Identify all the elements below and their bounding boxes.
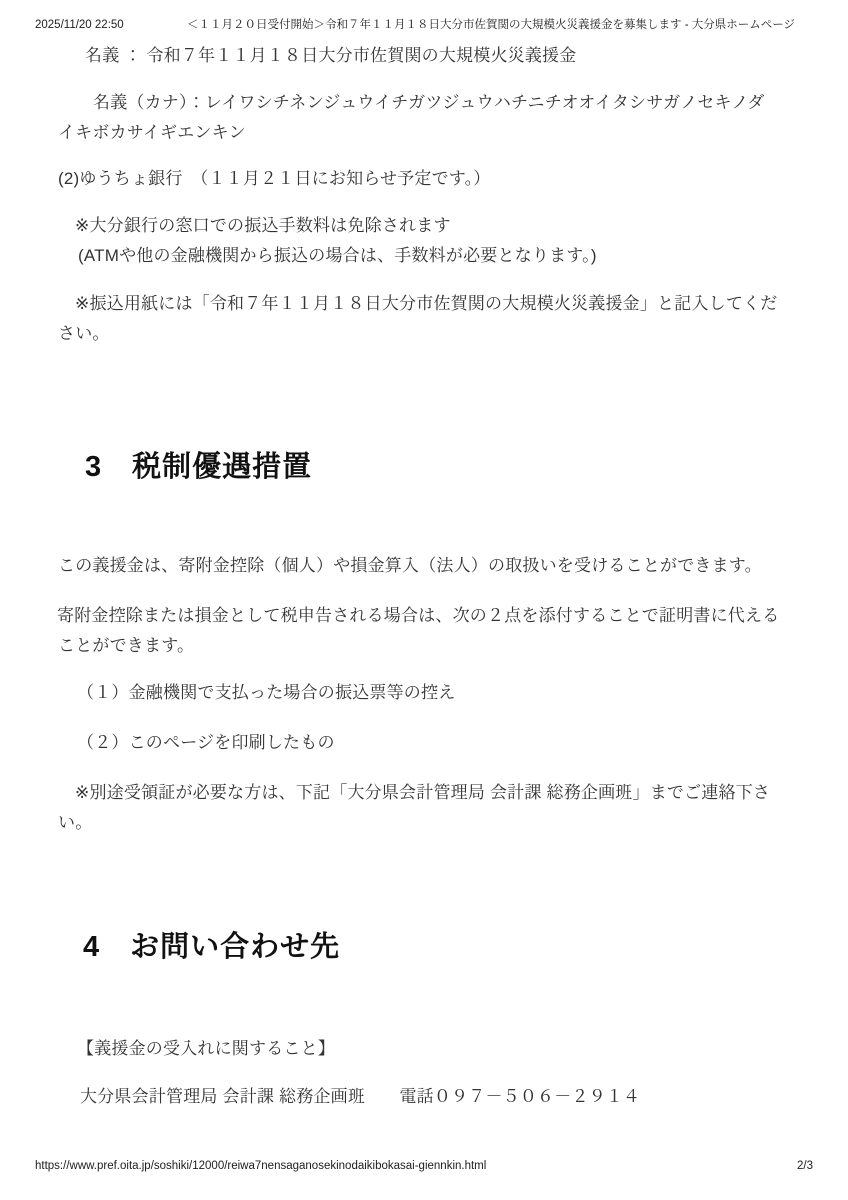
contact-detail-line: 大分県会計管理局 会計課 総務企画班 電話０９７－５０６－２９１４ <box>80 1082 640 1112</box>
account-name-line: 名義 ： 令和７年１１月１８日大分市佐賀関の大規模火災義援金 <box>85 41 576 71</box>
fee-note-line-1: ※大分銀行の窓口での振込手数料は免除されます <box>75 211 451 241</box>
section-3-heading: 3 税制優遇措置 <box>85 449 312 485</box>
account-name-kana-line-1: 名義（カナ）：レイワシチネンジュウイチガツジュウハチニチオオイタシサガノセキノダ <box>93 88 765 118</box>
tax-item-2: （２）このページを印刷したもの <box>77 728 335 758</box>
tax-paragraph-2-line-2: ことができます。 <box>58 631 194 661</box>
account-name-kana-line-2: イキボカサイギエンキン <box>58 118 246 148</box>
section-4-heading: 4 お問い合わせ先 <box>83 929 340 965</box>
form-note-line-2: さい。 <box>58 319 110 349</box>
form-note-line-1: ※振込用紙には「令和７年１１月１８日大分市佐賀関の大規模火災義援金」と記入してく… <box>75 289 777 319</box>
tax-paragraph-2-line-1: 寄附金控除または損金として税申告される場合は、次の２点を添付することで証明書に代… <box>57 601 779 631</box>
contact-category-line: 【義援金の受入れに関すること】 <box>77 1034 335 1064</box>
tax-paragraph-1: この義援金は、寄附金控除（個人）や損金算入（法人）の取扱いを受けることができます… <box>58 551 762 581</box>
tax-note-line-1: ※別途受領証が必要な方は、下記「大分県会計管理局 会計課 総務企画班」までご連絡… <box>75 778 770 808</box>
fee-note-line-2: (ATMや他の金融機関から振込の場合は、手数料が必要となります。) <box>78 241 597 271</box>
print-header-title: ＜１１月２０日受付開始＞令和７年１１月１８日大分市佐賀関の大規模火災義援金を募集… <box>187 18 795 32</box>
print-footer-url: https://www.pref.oita.jp/soshiki/12000/r… <box>35 1159 486 1173</box>
bank-item-2: (2)ゆうちょ銀行 （１１月２１日にお知らせ予定です。） <box>58 164 491 194</box>
tax-item-1: （１）金融機関で支払った場合の振込票等の控え <box>77 678 455 708</box>
print-footer-page-number: 2/3 <box>797 1159 813 1173</box>
print-header-datetime: 2025/11/20 22:50 <box>35 18 124 32</box>
tax-note-line-2: い。 <box>58 808 92 838</box>
print-preview-page: 2025/11/20 22:50 ＜１１月２０日受付開始＞令和７年１１月１８日大… <box>0 0 848 1200</box>
